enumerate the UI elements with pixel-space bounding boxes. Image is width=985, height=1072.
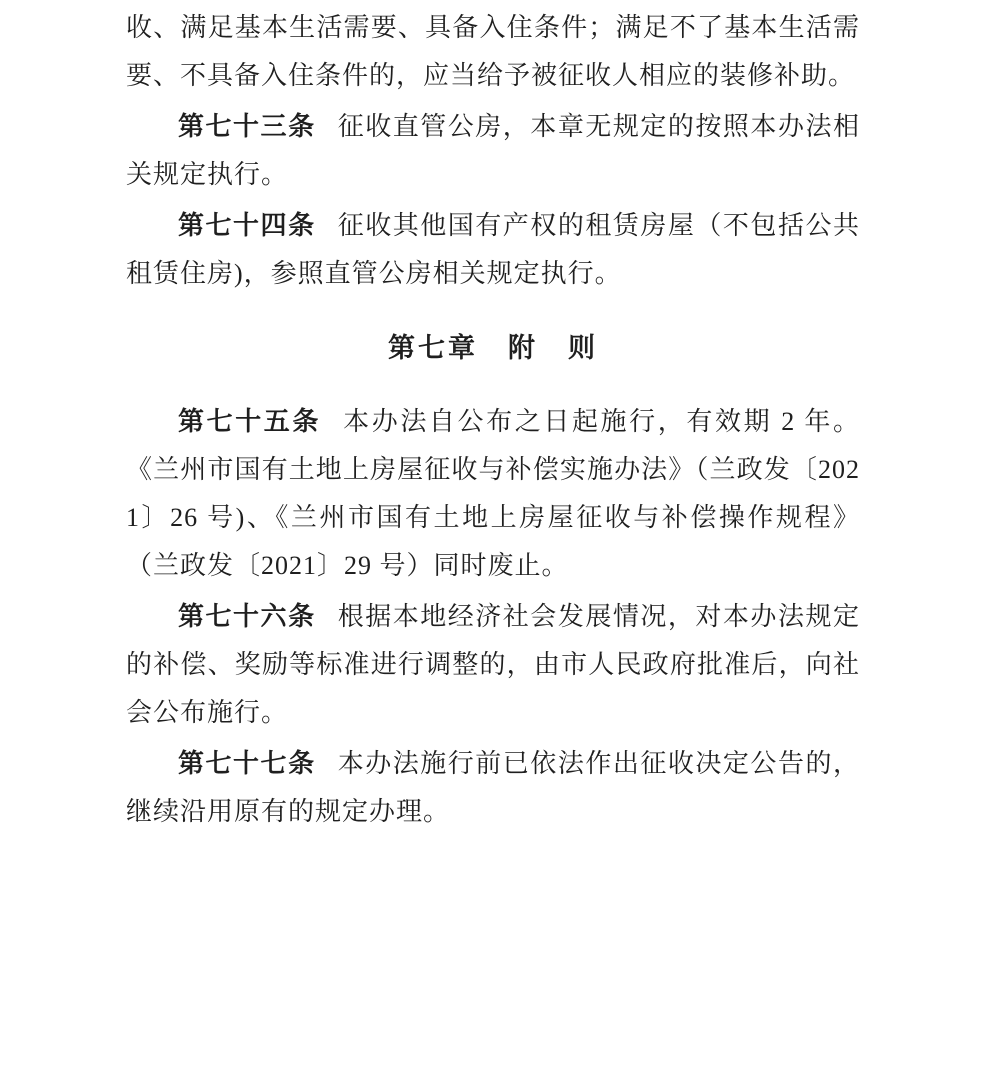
article-number: 第七十七条 bbox=[178, 749, 316, 778]
article-number: 第七十五条 bbox=[178, 407, 321, 436]
article-number: 第七十三条 bbox=[178, 112, 316, 141]
document-paragraph: 第七十四条征收其他国有产权的租赁房屋（不包括公共租赁住房)，参照直管公房相关规定… bbox=[126, 202, 860, 298]
chapter-heading-text: 第七章 附 则 bbox=[388, 333, 598, 363]
document-paragraph: 第七十三条征收直管公房，本章无规定的按照本办法相关规定执行。 bbox=[126, 103, 860, 199]
article-number: 第七十六条 bbox=[178, 602, 316, 631]
document-paragraph: 收、满足基本生活需要、具备入住条件；满足不了基本生活需要、不具备入住条件的，应当… bbox=[126, 4, 860, 100]
document-paragraph: 第七十七条本办法施行前已依法作出征收决定公告的，继续沿用原有的规定办理。 bbox=[126, 740, 860, 836]
article-number: 第七十四条 bbox=[178, 211, 316, 240]
document-paragraph: 第七十六条根据本地经济社会发展情况，对本办法规定的补偿、奖励等标准进行调整的，由… bbox=[126, 593, 860, 737]
paragraph-text: 收、满足基本生活需要、具备入住条件；满足不了基本生活需要、不具备入住条件的，应当… bbox=[126, 13, 860, 90]
document-page: 收、满足基本生活需要、具备入住条件；满足不了基本生活需要、不具备入住条件的，应当… bbox=[0, 0, 985, 1072]
document-paragraph: 第七十五条本办法自公布之日起施行，有效期 2 年。《兰州市国有土地上房屋征收与补… bbox=[126, 398, 860, 590]
chapter-heading: 第七章 附 则 bbox=[126, 324, 860, 372]
document-content: 收、满足基本生活需要、具备入住条件；满足不了基本生活需要、不具备入住条件的，应当… bbox=[126, 4, 860, 836]
